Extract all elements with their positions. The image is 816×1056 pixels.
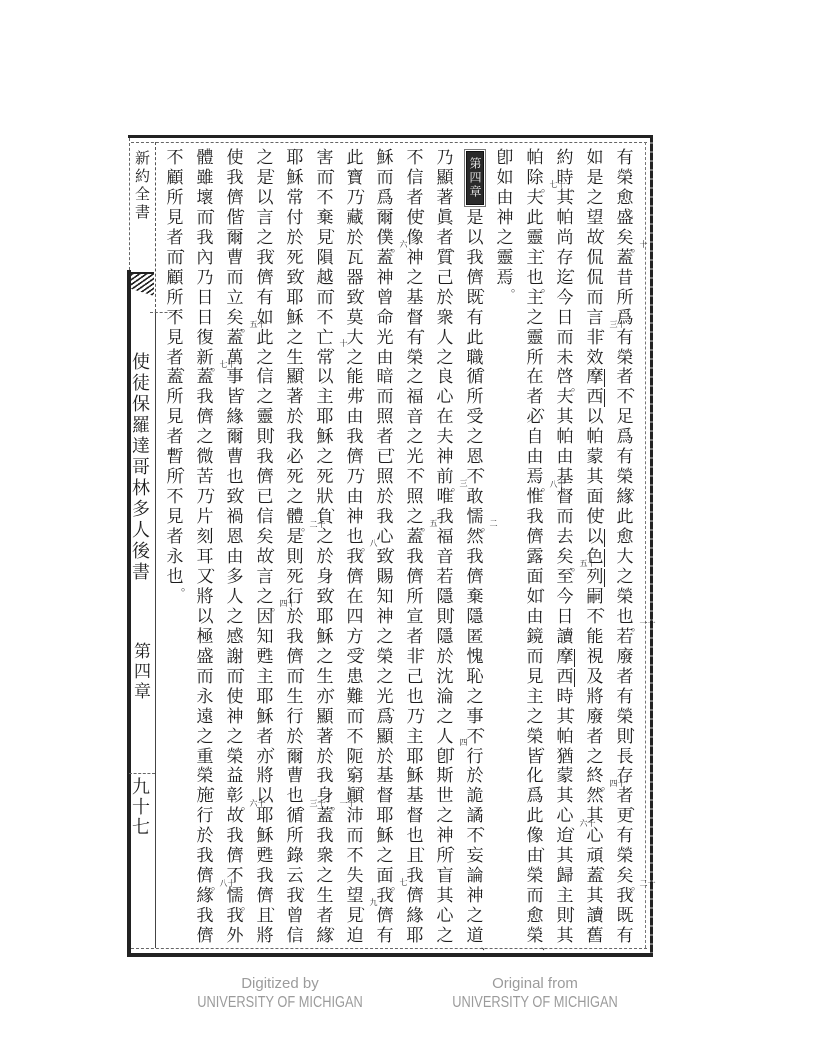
char: 能 (584, 628, 606, 648)
char: 者 (164, 528, 186, 548)
digitized-by-institution: UNIVERSITY OF MICHIGAN (188, 993, 372, 1012)
char: 緣 (224, 408, 246, 428)
char: 之 (224, 608, 246, 628)
char: 儕、 (284, 648, 306, 668)
char: 蓋 (374, 249, 396, 269)
char: 常 (314, 349, 336, 369)
char: 有 (374, 927, 396, 947)
char: 曹 (284, 767, 306, 787)
char: 曹 (224, 448, 246, 468)
char: 者 (614, 668, 636, 688)
verse-number: 六 (399, 240, 407, 248)
char: 長 (614, 748, 636, 768)
char: 照 (374, 408, 396, 428)
char: 顧 (164, 169, 186, 189)
char: 音 (404, 408, 426, 428)
char: 之 (314, 528, 336, 548)
verse-number: 十七 (219, 359, 235, 368)
char: 頑、 (584, 847, 606, 867)
digitized-by-credit: Digitized by UNIVERSITY OF MICHIGAN (165, 975, 395, 1012)
char: 所 (524, 349, 546, 369)
char: 莫 (344, 309, 366, 329)
char: 致 (284, 269, 306, 289)
char: 榮 (224, 748, 246, 768)
char: 爾 (224, 229, 246, 249)
char: 侃 (584, 249, 606, 269)
char: 隱 (464, 608, 486, 628)
char: 有 (614, 688, 636, 708)
char: 迨 (554, 827, 576, 847)
char: 矣。十 (614, 229, 636, 249)
char: 榮、 (614, 708, 636, 728)
char: 有 (614, 329, 636, 349)
char: 也。八 (344, 528, 366, 548)
char: 之 (464, 907, 486, 927)
char: 重 (194, 748, 216, 768)
char: 今 (554, 588, 576, 608)
char: 面、 (584, 488, 606, 508)
char: 是 (284, 528, 306, 548)
verse-number: 三 (459, 479, 467, 487)
char: 死 (284, 568, 306, 588)
char: 於 (284, 608, 306, 628)
char: 心、十六 (554, 807, 576, 827)
char: 乃 (194, 269, 216, 289)
char: 命 (374, 309, 396, 329)
char: 永 (194, 688, 216, 708)
char: 我 (194, 847, 216, 867)
char: 之、 (254, 229, 276, 249)
char: 我 (284, 428, 306, 448)
char: 之 (374, 847, 396, 867)
char: 去 (554, 528, 576, 548)
char: 益 (224, 767, 246, 787)
char: 蓋 (194, 368, 216, 388)
char: 已 (374, 448, 396, 468)
char: 我 (464, 249, 486, 269)
char: 者 (584, 728, 606, 748)
char: 將 (584, 688, 606, 708)
char: 爲 (524, 787, 546, 807)
char: 顯 (434, 169, 456, 189)
verse-number: 一 (486, 195, 494, 203)
char: 偕 (224, 209, 246, 229)
verse-number: 十七 (549, 180, 565, 189)
char: 人 (434, 329, 456, 349)
char: 知 (374, 588, 396, 608)
char: 之 (194, 428, 216, 448)
char: 賜 (374, 568, 396, 588)
char: 也。十一 (614, 608, 636, 628)
char: 行 (194, 807, 216, 827)
char: 也、十三 (284, 787, 306, 807)
char: 而 (194, 668, 216, 688)
char: 錄 (284, 847, 306, 867)
punctuation-mark: 、 (541, 940, 552, 951)
char: 於 (374, 748, 396, 768)
char: 立 (224, 289, 246, 309)
verse-number: 十四 (279, 599, 295, 608)
char: 以 (584, 408, 606, 428)
text-column: 穌而爲爾僕。六蓋神曾命光由暗而照者、已照於我心、致賜知神之榮之光、爲顯於基督耶穌… (374, 149, 396, 949)
char: 嗣、 (584, 588, 606, 608)
char: 由 (224, 548, 246, 568)
char: 內 (194, 249, 216, 269)
char: 於 (464, 767, 486, 787)
char: 曾 (284, 907, 306, 927)
char: 廢 (614, 648, 636, 668)
char: 於 (284, 229, 306, 249)
char: 爾 (374, 209, 396, 229)
char: 主 (524, 289, 546, 309)
verse-number: 十二 (309, 519, 325, 528)
char: 甦 (254, 648, 276, 668)
char: 良 (434, 368, 456, 388)
char: 視 (584, 648, 606, 668)
char: 迫 (344, 927, 366, 947)
char: 之 (344, 349, 366, 369)
char: 我 (524, 508, 546, 528)
char: 刻 (194, 528, 216, 548)
char: 我 (224, 169, 246, 189)
char: 之 (314, 867, 336, 887)
char: 之 (494, 229, 516, 249)
char: 極 (194, 628, 216, 648)
text-column: 乃顯著眞者、質己於衆人之良心在夫神前。三唯我福音若隱、則隱於沈淪之人、四卽斯世之… (434, 149, 456, 949)
char: 緣 (614, 488, 636, 508)
char: 耶 (254, 807, 276, 827)
char: 人 (224, 588, 246, 608)
char: 榮、 (614, 468, 636, 488)
char: 照 (404, 488, 426, 508)
char: 愧 (464, 648, 486, 668)
char: 不 (344, 847, 366, 867)
char: 乃 (344, 468, 366, 488)
char: 昔 (614, 269, 636, 289)
char: 而 (194, 209, 216, 229)
char: 著 (284, 388, 306, 408)
char: 榮 (374, 648, 396, 668)
char: 若 (614, 628, 636, 648)
char: 督 (374, 787, 396, 807)
char: 在 (434, 408, 456, 428)
char: 則 (554, 907, 576, 927)
char: 曾 (374, 289, 396, 309)
char: 榮 (404, 349, 426, 369)
char: 苦、 (194, 468, 216, 488)
char: 質 (434, 249, 456, 269)
char: 榮 (614, 169, 636, 189)
char: 死、 (284, 249, 306, 269)
char: 遠 (194, 708, 216, 728)
char: 付 (284, 209, 306, 229)
char: 施 (194, 787, 216, 807)
char: 不 (314, 309, 336, 329)
char: 至 (554, 568, 576, 588)
char: 非 (404, 648, 426, 668)
char: 懦。二 (464, 508, 486, 528)
char: 前。三 (434, 468, 456, 488)
char: 穌 (254, 708, 276, 728)
char: 我 (464, 548, 486, 568)
char: 言、十三 (584, 309, 606, 329)
char: 致 (344, 289, 366, 309)
char: 其 (554, 708, 576, 728)
char: 穌 (374, 149, 396, 169)
char: 我 (374, 508, 396, 528)
char: 所 (614, 289, 636, 309)
char: 以 (464, 229, 486, 249)
char: 不 (404, 149, 426, 169)
verse-number: 五 (429, 519, 437, 527)
char: 除。十七 (524, 169, 546, 189)
char: 此 (614, 508, 636, 528)
char: 猶 (554, 748, 576, 768)
char: 亡、十 (314, 329, 336, 349)
char: 信 (404, 169, 426, 189)
char: 榮、 (524, 927, 546, 947)
char: 壞、 (194, 189, 216, 209)
proper-name-char: 西 (584, 388, 606, 408)
proper-name-char: 列 (584, 568, 606, 588)
char: 緣 (404, 907, 426, 927)
char: 於 (434, 289, 456, 309)
char: 不 (164, 309, 186, 329)
char: 今 (554, 289, 576, 309)
char: 言 (254, 568, 276, 588)
char: 神 (404, 249, 426, 269)
char: 迄 (554, 269, 576, 289)
char: 使 (224, 149, 246, 169)
char: 夫 (554, 388, 576, 408)
char: 基 (404, 787, 426, 807)
char: 穌 (404, 767, 426, 787)
char: 阨 (344, 748, 366, 768)
char: 害、 (314, 149, 336, 169)
text-column: 害、而不棄、見隕越、而不亡、十常以主耶穌之死狀、負之於身、致耶穌之生、亦顯著於我… (314, 149, 336, 949)
char: 榮 (614, 588, 636, 608)
char: 我 (314, 767, 336, 787)
char: 片 (194, 508, 216, 528)
char: 職、 (464, 349, 486, 369)
char: 之 (584, 189, 606, 209)
char: 存、 (554, 249, 576, 269)
char: 已 (254, 488, 276, 508)
char: 則 (614, 728, 636, 748)
original-from-institution: UNIVERSITY OF MICHIGAN (443, 993, 627, 1012)
char: 蒙 (584, 448, 606, 468)
char: 狀、 (314, 488, 336, 508)
char: 者、 (614, 787, 636, 807)
char: 受 (464, 408, 486, 428)
char: 日 (194, 289, 216, 309)
char: 爲 (374, 708, 396, 728)
verse-number: 十一 (639, 619, 655, 628)
char: 之 (254, 349, 276, 369)
char: 神 (374, 269, 396, 289)
char: 使 (224, 688, 246, 708)
char: 穌 (254, 827, 276, 847)
verse-number: 十三 (609, 320, 625, 329)
char: 敢 (464, 488, 486, 508)
char: 則 (434, 608, 456, 628)
char: 而 (164, 249, 186, 269)
verse-number: 十八 (549, 479, 565, 488)
char: 神 (344, 508, 366, 528)
char: 循 (284, 807, 306, 827)
char: 也、 (224, 468, 246, 488)
text-column: 不顧所見者、而顧所不見者、蓋所見者暫、所不見者永也。 (164, 149, 186, 949)
char: 之。十四 (254, 588, 276, 608)
frame-bottom-border (127, 953, 653, 957)
verse-number: 十 (339, 339, 347, 347)
char: 將 (254, 927, 276, 947)
char: 我 (194, 229, 216, 249)
char: 光、 (404, 448, 426, 468)
char: 穌 (284, 309, 306, 329)
char: 矣、 (254, 528, 276, 548)
char: 而 (554, 508, 576, 528)
char: 之 (224, 728, 246, 748)
char: 道、 (464, 927, 486, 947)
char: 惟 (524, 488, 546, 508)
char: 帕 (554, 728, 576, 748)
char: 人、四 (434, 728, 456, 748)
text-column: 卽如由神之靈焉。 (494, 149, 516, 949)
char: 啓。 (554, 368, 576, 388)
char: 之 (314, 448, 336, 468)
char: 有 (464, 309, 486, 329)
char: 越、 (314, 269, 336, 289)
char: 夫 (524, 189, 546, 209)
verse-number: 十五 (249, 320, 265, 329)
char: 之 (464, 428, 486, 448)
char: 光、 (374, 688, 396, 708)
char: 弗 (344, 388, 366, 408)
char: 不 (584, 608, 606, 628)
char: 於 (314, 548, 336, 568)
char: 也、 (404, 827, 426, 847)
char: 我 (344, 548, 366, 568)
char: 乃 (194, 488, 216, 508)
char: 神 (224, 708, 246, 728)
char: 矣。十五 (224, 309, 246, 329)
char: 將 (254, 767, 276, 787)
char: 世 (434, 787, 456, 807)
char: 衆 (434, 309, 456, 329)
char: 四 (344, 608, 366, 628)
char: 之 (464, 688, 486, 708)
margin-separator (155, 312, 156, 948)
char: 顯 (374, 728, 396, 748)
char: 也、 (404, 688, 426, 708)
char: 我 (614, 887, 636, 907)
char: 瓦 (344, 249, 366, 269)
char: 者、 (314, 907, 336, 927)
char: 之 (194, 728, 216, 748)
char: 由 (344, 488, 366, 508)
char: 基 (374, 767, 396, 787)
proper-name-char: 摩 (584, 368, 606, 388)
char: 耶 (404, 748, 426, 768)
char: 盲 (434, 867, 456, 887)
char: 而 (584, 289, 606, 309)
char: 者、 (164, 349, 186, 369)
margin-page-rule (129, 773, 155, 774)
char: 雖 (194, 169, 216, 189)
char: 穌 (374, 827, 396, 847)
char: 在 (344, 588, 366, 608)
char: 矣。十五 (554, 548, 576, 568)
proper-name-char: 以 (584, 528, 606, 548)
char: 我 (224, 827, 246, 847)
char: 故 (254, 548, 276, 568)
char: 帕 (524, 149, 546, 169)
char: 謝、 (224, 648, 246, 668)
char: 靈、 (254, 408, 276, 428)
char: 其 (554, 189, 576, 209)
char: 將 (194, 588, 216, 608)
char: 愈 (614, 528, 636, 548)
char: 主 (314, 388, 336, 408)
char: 外 (224, 927, 246, 947)
text-column: 有榮愈盛矣。十蓋昔所爲有榮者、不足爲有榮、緣此愈大之榮也。十一若廢者有榮、則長存… (614, 149, 636, 949)
char: 緣 (194, 887, 216, 907)
char: 寶、 (344, 169, 366, 189)
char: 行 (284, 708, 306, 728)
char: 有 (404, 329, 426, 349)
char: 之 (284, 488, 306, 508)
char: 禍 (224, 508, 246, 528)
char: 顧 (164, 269, 186, 289)
char: 故 (224, 807, 246, 827)
punctuation-mark: 、 (481, 940, 492, 951)
char: 焉。十八 (524, 468, 546, 488)
char: 神 (494, 209, 516, 229)
char: 論 (464, 867, 486, 887)
verse-number: 四 (459, 738, 467, 746)
text-column: 帕除。十七夫此靈、主也。主之靈所在者、必自由焉。十八惟我儕露面、如由鏡而見主之榮… (524, 149, 546, 949)
char: 由 (344, 408, 366, 428)
char: 有 (254, 289, 276, 309)
char: 如 (524, 588, 546, 608)
char: 恩、 (464, 448, 486, 468)
char: 見 (164, 329, 186, 349)
char: 之 (524, 309, 546, 329)
char: 有 (614, 448, 636, 468)
char: 不 (164, 488, 186, 508)
punctuation-mark: 。 (181, 581, 192, 592)
char: 於 (374, 488, 396, 508)
char: 更 (614, 807, 636, 827)
char: 藏 (344, 209, 366, 229)
char: 其 (554, 927, 576, 947)
char: 恩 (224, 528, 246, 548)
char: 穌 (314, 428, 336, 448)
char: 不 (464, 827, 486, 847)
char: 蒙 (554, 767, 576, 787)
char: 所 (164, 388, 186, 408)
char: 致 (374, 548, 396, 568)
char: 也。 (164, 568, 186, 588)
char: 沛 (344, 807, 366, 827)
char: 棄、 (314, 209, 336, 229)
char: 及 (584, 668, 606, 688)
char: 儕 (374, 907, 396, 927)
char: 者、 (404, 628, 426, 648)
char: 儕 (344, 568, 366, 588)
char: 儕 (254, 468, 276, 488)
